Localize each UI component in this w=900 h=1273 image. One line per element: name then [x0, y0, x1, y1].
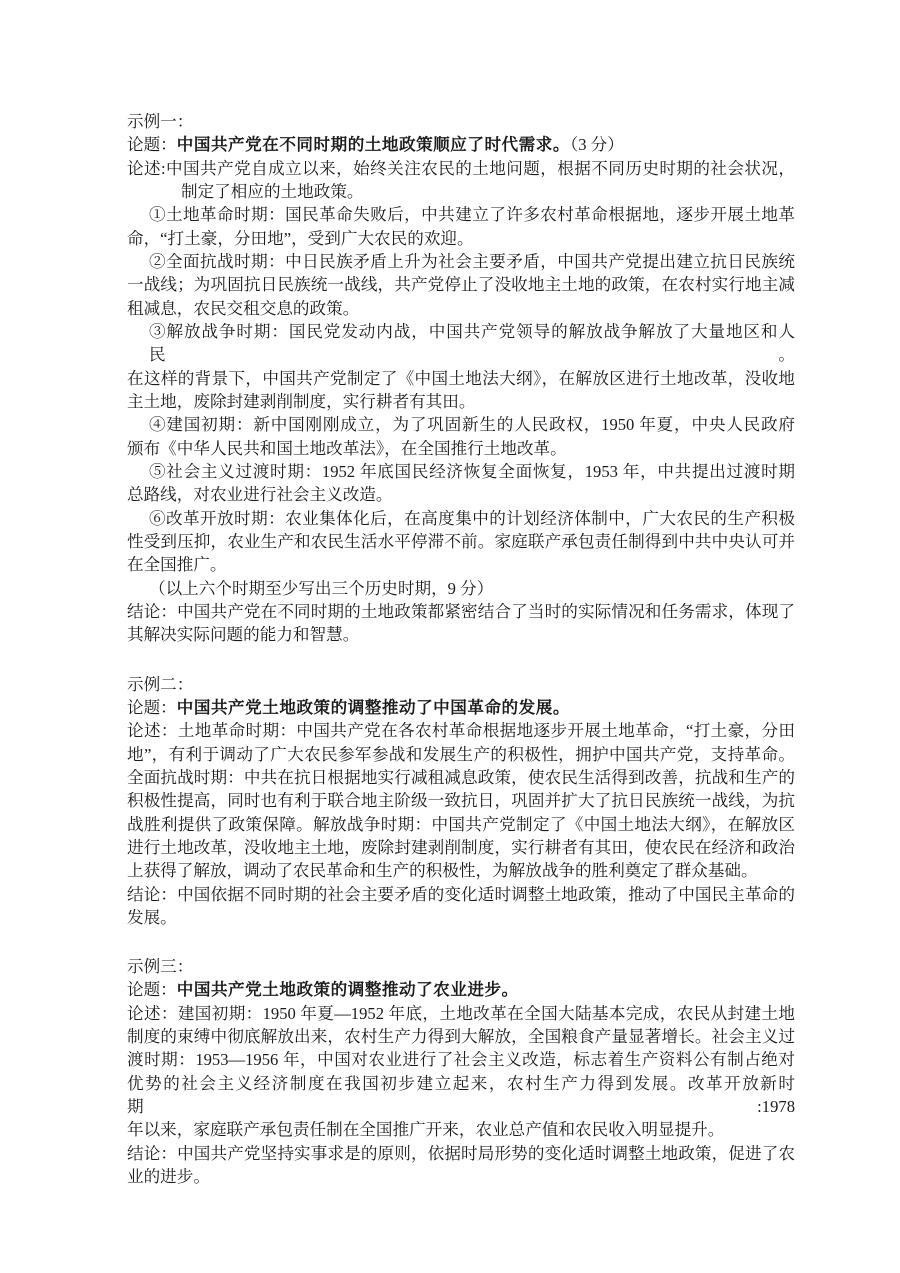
text-line: 战胜利提供了政策保障。解放战争时期：中国共产党制定了《中国土地法大纲》，在解放区 [127, 813, 795, 836]
topic-line: 论题：中国共产党土地政策的调整推动了中国革命的发展。 [127, 696, 795, 719]
text-line: 性受到压抑，农业生产和农民生活水平停滞不前。家庭联产承包责任制得到中共中央认可并 [127, 530, 795, 553]
text-line: 年以来，家庭联产承包责任制在全国推广开来，农业总产值和农民收入明显提升。 [127, 1118, 795, 1141]
text-line: 主土地，废除封建剥削制度，实行耕者有其田。 [127, 390, 795, 413]
text-line: ⑤社会主义过渡时期：1952 年底国民经济恢复全面恢复，1953 年，中共提出过… [127, 460, 795, 483]
text-line: 业的进步。 [127, 1165, 795, 1188]
topic-label: 论题： [127, 980, 177, 999]
text-line: 制定了相应的土地政策。 [127, 180, 795, 203]
topic-line: 论题：中国共产党土地政策的调整推动了农业进步。 [127, 978, 795, 1001]
text-line: 优势的社会主义经济制度在我国初步建立起来，农村生产力得到发展。改革开放新时期:1… [127, 1072, 795, 1119]
topic-line: 论题：中国共产党在不同时期的土地政策顺应了时代需求。（3 分） [127, 133, 795, 156]
section-example-1: 示例一： 论题：中国共产党在不同时期的土地政策顺应了时代需求。（3 分） 论述:… [127, 110, 795, 647]
text-line: 全面抗战时期：中共在抗日根据地实行减租减息政策，使农民生活得到改善，抗战和生产的 [127, 766, 795, 789]
text-line: 在这样的背景下，中国共产党制定了《中国土地法大纲》，在解放区进行土地改革，没收地 [127, 367, 795, 390]
section-heading: 示例三： [127, 955, 795, 978]
text-line: ②全面抗战时期：中日民族矛盾上升为社会主要矛盾，中国共产党提出建立抗日民族统 [127, 250, 795, 273]
text-line: ⑥改革开放时期：农业集体化后，在高度集中的计划经济体制中，广大农民的生产积极 [127, 507, 795, 530]
text-line: 地”，有利于调动了广大农民参军参战和发展生产的积极性，拥护中国共产党，支持革命。 [127, 743, 795, 766]
topic-score: （3 分） [570, 135, 624, 154]
text-line: 论述：土地革命时期：中国共产党在各农村革命根据地逐步开展土地革命，“打土豪，分田 [127, 719, 795, 742]
text-line: 积极性提高，同时也有利于联合地主阶级一致抗日，巩固并扩大了抗日民族统一战线，为抗 [127, 789, 795, 812]
text-line: 总路线，对农业进行社会主义改造。 [127, 483, 795, 506]
document-page: 示例一： 论题：中国共产党在不同时期的土地政策顺应了时代需求。（3 分） 论述:… [127, 110, 795, 1188]
text-line: 论述:中国共产党自成立以来，始终关注农民的土地问题，根据不同历史时期的社会状况， [127, 157, 795, 180]
topic-label: 论题： [127, 698, 177, 717]
text-line: 论述：建国初期：1950 年夏—1952 年底，土地改革在全国大陆基本完成，农民… [127, 1002, 795, 1025]
text-line: 结论：中国依据不同时期的社会主要矛盾的变化适时调整土地政策，推动了中国民主革命的 [127, 883, 795, 906]
text-line: ④建国初期：新中国刚刚成立，为了巩固新生的人民政权，1950 年夏，中央人民政府 [127, 413, 795, 436]
topic-title: 中国共产党土地政策的调整推动了中国革命的发展。 [177, 698, 570, 717]
text-line: 在全国推广。 [127, 553, 795, 576]
text-line: ①土地革命时期：国民革命失败后，中共建立了许多农村革命根据地，逐步开展土地革 [127, 203, 795, 226]
section-heading: 示例二： [127, 673, 795, 696]
section-example-2: 示例二： 论题：中国共产党土地政策的调整推动了中国革命的发展。 论述：土地革命时… [127, 673, 795, 930]
text-line: ③解放战争时期：国民党发动内战，中国共产党领导的解放战争解放了大量地区和人民。 [127, 320, 795, 367]
section-example-3: 示例三： 论题：中国共产党土地政策的调整推动了农业进步。 论述：建国初期：195… [127, 955, 795, 1188]
text-line: 发展。 [127, 906, 795, 929]
text-line: 渡时期：1953—1956 年，中国对农业进行了社会主义改造，标志着生产资料公有… [127, 1048, 795, 1071]
page: { "colors": { "background": "#ffffff", "… [0, 0, 900, 1273]
topic-title: 中国共产党土地政策的调整推动了农业进步。 [177, 980, 519, 999]
topic-label: 论题： [127, 135, 177, 154]
text-line: 结论：中国共产党在不同时期的土地政策都紧密结合了当时的实际情况和任务需求，体现了 [127, 600, 795, 623]
text-line: （以上六个时期至少写出三个历史时期，9 分） [127, 577, 795, 600]
text-line: 一战线；为巩固抗日民族统一战线，共产党停止了没收地主土地的政策，在农村实行地主减 [127, 273, 795, 296]
text-line: 颁布《中华人民共和国土地改革法》，在全国推行土地改革。 [127, 437, 795, 460]
text-line: 上获得了解放，调动了农民革命和生产的积极性，为解放战争的胜利奠定了群众基础。 [127, 859, 795, 882]
text-line: 制度的束缚中彻底解放出来，农村生产力得到大解放，全国粮食产量显著增长。社会主义过 [127, 1025, 795, 1048]
topic-title: 中国共产党在不同时期的土地政策顺应了时代需求。 [177, 135, 570, 154]
section-heading: 示例一： [127, 110, 795, 133]
text-line: 租减息，农民交租交息的政策。 [127, 297, 795, 320]
text-line: 其解决实际问题的能力和智慧。 [127, 623, 795, 646]
text-line: 进行土地改革，没收地主土地，废除封建剥削制度，实行耕者有其田，使农民在经济和政治 [127, 836, 795, 859]
text-line: 结论：中国共产党坚持实事求是的原则，依据时局形势的变化适时调整土地政策，促进了农 [127, 1142, 795, 1165]
text-line: 命，“打土豪，分田地”，受到广大农民的欢迎。 [127, 227, 795, 250]
